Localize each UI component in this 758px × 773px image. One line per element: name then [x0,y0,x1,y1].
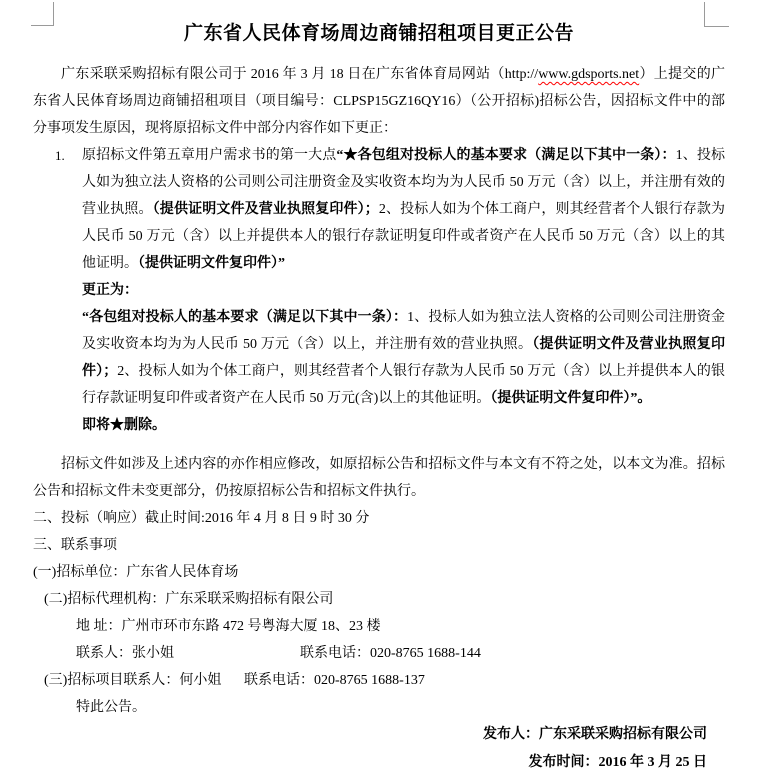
text-run-bold: “各包组对投标人的基本要求（满足以下其中一条）： [82,310,407,325]
text-run-bold: “★各包组对投标人的基本要求（满足以下其中一条）： [336,148,675,163]
closing-paragraph: 招标文件如涉及上述内容的亦作相应修改，如原招标公告和招标文件与本文有不符之处，以… [33,451,725,505]
website-url: www.gdsports.net [538,67,639,82]
contact-person-line: 联系人：张小姐联系电话：020-8765 1688-144 [76,640,725,667]
project-contact-phone: 联系电话：020-8765 1688-137 [244,667,425,694]
correction-paragraph: “各包组对投标人的基本要求（满足以下其中一条）：1、投标人如为独立法人资格的公司… [82,304,725,412]
tender-unit-line: (一)招标单位：广东省人民体育场 [33,559,725,586]
intro-paragraph: 广东采联采购招标有限公司于 2016 年 3 月 18 日在广东省体育局网站（h… [33,61,725,142]
item1-text: 原招标文件第五章用户需求书的第一大点“★各包组对投标人的基本要求（满足以下其中一… [82,142,725,277]
text-run-bold: （提供证明文件复印件）” [138,256,285,271]
address-line: 地 址：广州市环市东路 472 号粤海大厦 18、23 楼 [76,613,725,640]
agency-line: (二)招标代理机构：广东采联采购招标有限公司 [44,586,725,613]
section-contact-heading: 三、联系事项 [33,532,725,559]
project-contact-name: (三)招标项目联系人：何小姐 [44,673,221,688]
correction-label: 更正为： [82,277,725,304]
text-run-bold: （提供证明文件及营业执照复印件）； [153,202,379,217]
document-page: 广东省人民体育场周边商铺招租项目更正公告 广东采联采购招标有限公司于 2016 … [0,0,758,773]
text-run-bold: （提供证明文件复印件）”。 [490,391,651,406]
footer: 发布人：广东采联采购招标有限公司 发布时间：2016 年 3 月 25 日 [33,721,725,773]
document-title: 广东省人民体育场周边商铺招租项目更正公告 [33,20,725,48]
text-run: 广东采联采购招标有限公司于 2016 年 3 月 18 日在广东省体育局网站（h… [61,67,538,82]
contact-phone: 联系电话：020-8765 1688-144 [300,640,481,667]
publisher-line: 发布人：广东采联采购招标有限公司 [33,721,725,749]
correction-item-1: 1. 原招标文件第五章用户需求书的第一大点“★各包组对投标人的基本要求（满足以下… [33,142,725,277]
section-deadline: 二、投标（响应）截止时间:2016 年 4 月 8 日 9 时 30 分 [33,505,725,532]
document-content: 广东省人民体育场周边商铺招租项目更正公告 广东采联采购招标有限公司于 2016 … [33,0,725,773]
conclusion-line: 特此公告。 [76,694,725,721]
publish-date-line: 发布时间：2016 年 3 月 25 日 [33,749,725,773]
text-run: 原招标文件第五章用户需求书的第一大点 [82,148,336,163]
item-number: 1. [55,142,65,169]
delete-note: 即将★删除。 [82,412,725,439]
project-contact-line: (三)招标项目联系人：何小姐联系电话：020-8765 1688-137 [44,667,725,694]
contact-name: 联系人：张小姐 [76,646,174,661]
